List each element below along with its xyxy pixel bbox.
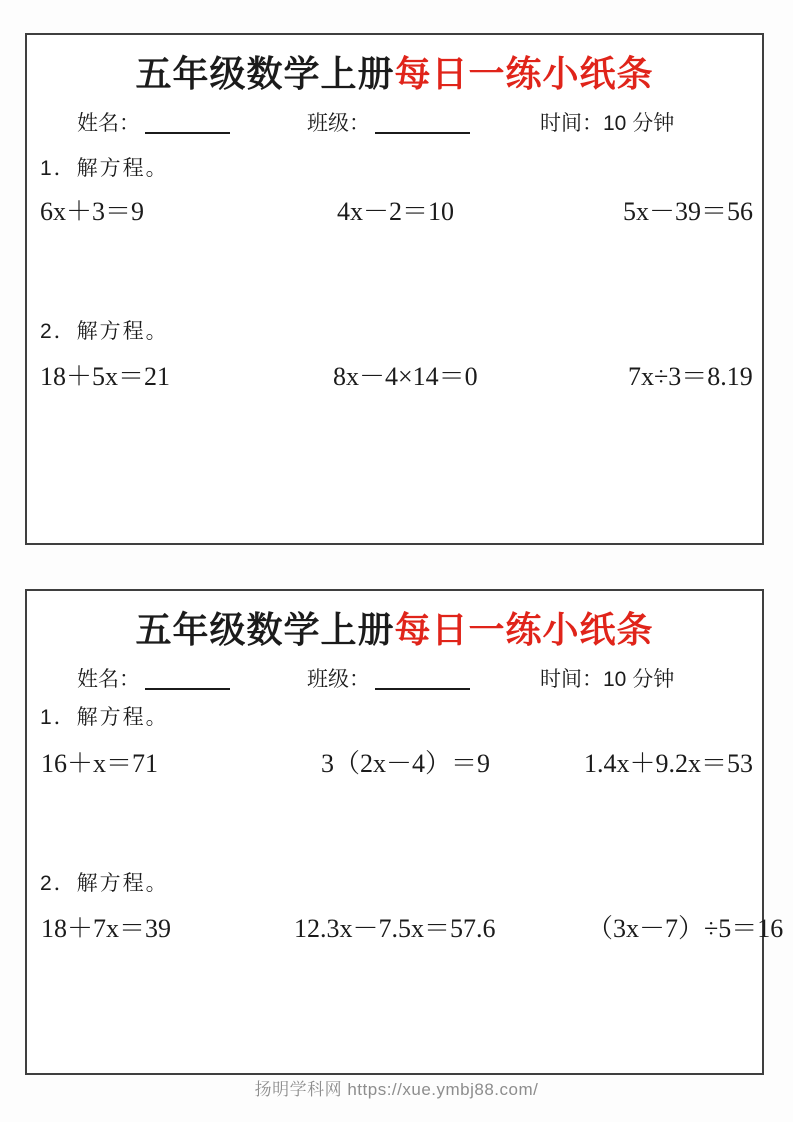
worksheet-page: 五年级数学上册每日一练小纸条 姓名： 班级： 时间：10 分钟 1．解方程。 6… <box>0 0 793 1122</box>
time-label: 时间：10 分钟 <box>540 663 674 693</box>
section-heading: 2．解方程。 <box>40 315 169 345</box>
section-heading: 2．解方程。 <box>40 867 169 897</box>
worksheet-title: 五年级数学上册每日一练小纸条 <box>27 602 762 653</box>
equation: （3x－7）÷5＝16 <box>587 908 783 945</box>
equation: 5x－39＝56 <box>623 191 753 228</box>
class-blank-line <box>375 674 470 690</box>
class-field: 班级： <box>307 107 470 137</box>
class-field: 班级： <box>307 663 470 693</box>
equation: 6x＋3＝9 <box>40 191 144 228</box>
header-fields-row: 姓名： 班级： 时间：10 分钟 <box>27 107 762 141</box>
class-label: 班级： <box>307 112 370 135</box>
header-fields-row: 姓名： 班级： 时间：10 分钟 <box>27 663 762 697</box>
equation: 18＋5x＝21 <box>40 356 170 393</box>
name-label: 姓名： <box>77 668 140 691</box>
equation: 12.3x－7.5x＝57.6 <box>294 908 496 945</box>
section-heading: 1．解方程。 <box>40 152 169 182</box>
name-blank-line <box>145 674 230 690</box>
class-blank-line <box>375 118 470 134</box>
equation: 1.4x＋9.2x＝53 <box>584 743 753 780</box>
title-black-part: 五年级数学上册 <box>135 609 394 650</box>
footer-watermark: 扬明学科网 https://xue.ymbj88.com/ <box>0 1075 793 1100</box>
worksheet-card-1: 五年级数学上册每日一练小纸条 姓名： 班级： 时间：10 分钟 1．解方程。 6… <box>25 33 764 545</box>
title-red-part: 每日一练小纸条 <box>395 609 654 650</box>
name-field: 姓名： <box>77 107 230 137</box>
section-heading: 1．解方程。 <box>40 701 169 731</box>
name-field: 姓名： <box>77 663 230 693</box>
time-label: 时间：10 分钟 <box>540 107 674 137</box>
equation: 18＋7x＝39 <box>41 908 171 945</box>
name-blank-line <box>145 118 230 134</box>
worksheet-title: 五年级数学上册每日一练小纸条 <box>27 46 762 97</box>
equation: 7x÷3＝8.19 <box>628 356 753 393</box>
title-red-part: 每日一练小纸条 <box>395 53 654 94</box>
title-black-part: 五年级数学上册 <box>135 53 394 94</box>
equation: 16＋x＝71 <box>41 743 158 780</box>
name-label: 姓名： <box>77 112 140 135</box>
equation: 8x－4×14＝0 <box>333 356 478 393</box>
worksheet-card-2: 五年级数学上册每日一练小纸条 姓名： 班级： 时间：10 分钟 1．解方程。 1… <box>25 589 764 1075</box>
equation: 4x－2＝10 <box>337 191 454 228</box>
equation: 3（2x－4）＝9 <box>321 743 490 780</box>
class-label: 班级： <box>307 668 370 691</box>
